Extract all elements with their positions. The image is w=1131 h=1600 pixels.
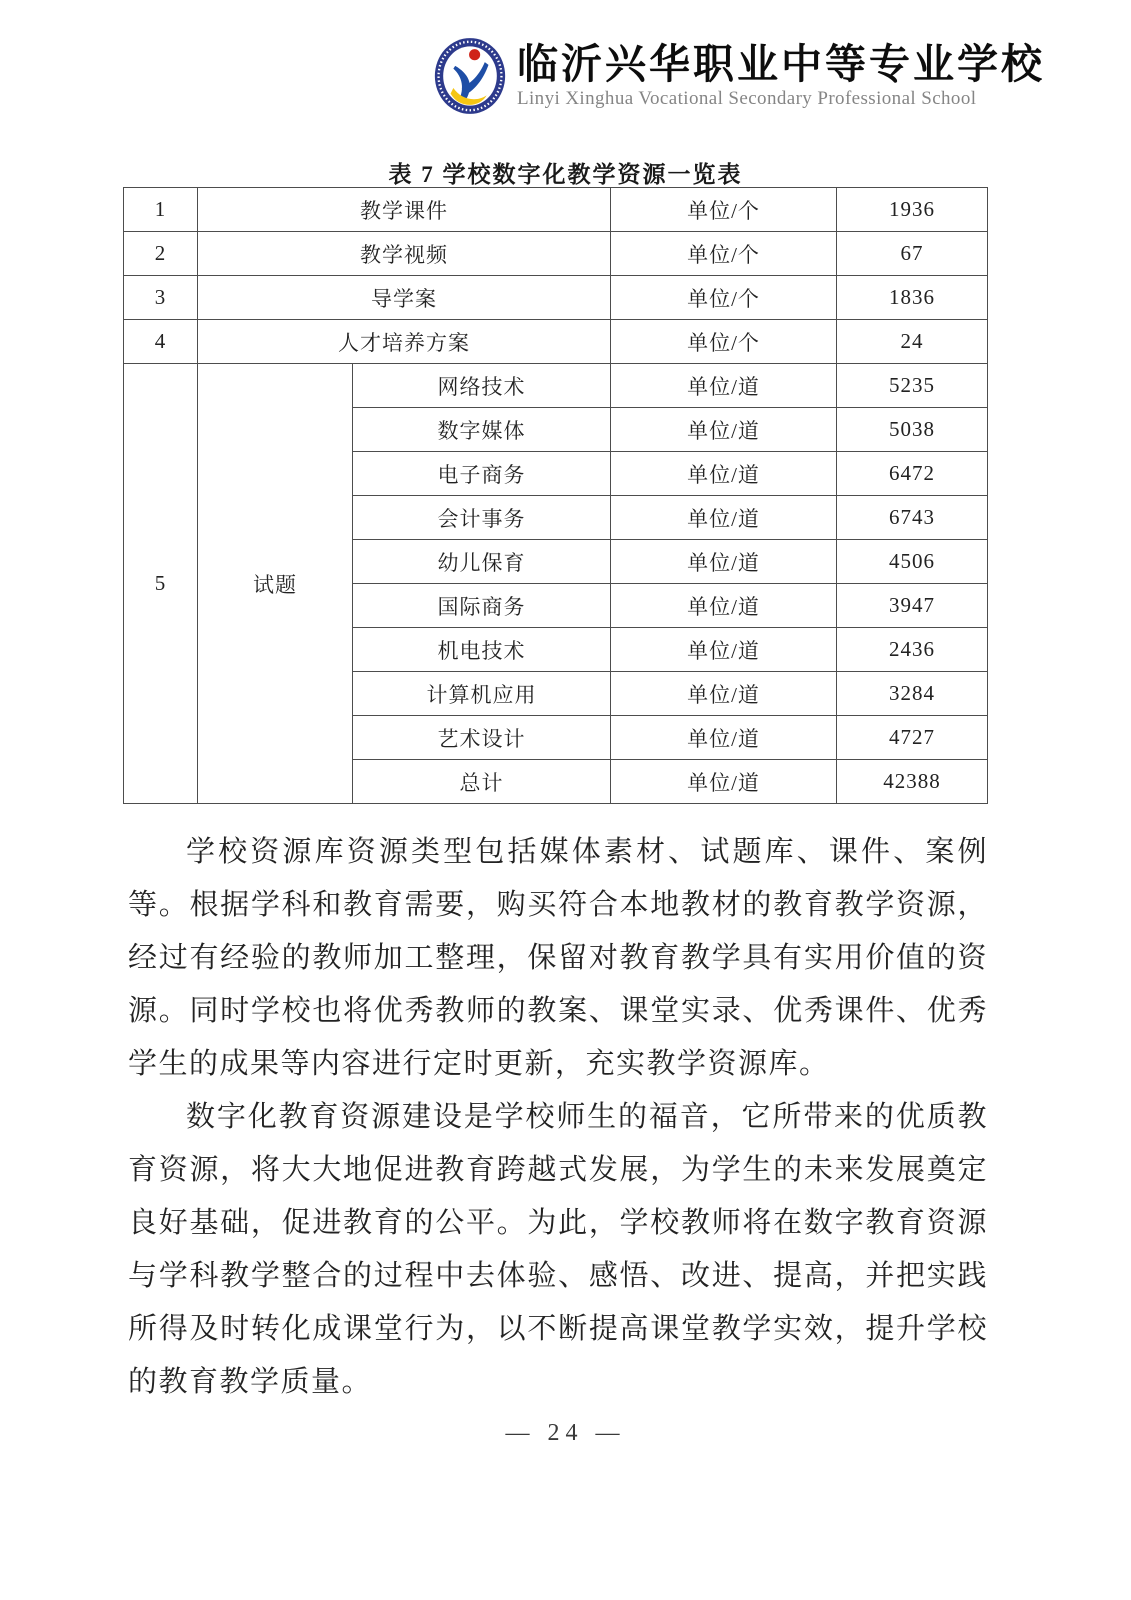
row-unit: 单位/道 [611,408,837,452]
row-value: 4727 [837,716,988,760]
row-name: 幼儿保育 [353,540,611,584]
page-number: — 24 — [0,1420,1131,1447]
group-name: 试题 [198,364,353,804]
row-no: 2 [124,232,198,276]
row-value: 3284 [837,672,988,716]
table-row: 5 试题 网络技术 单位/道 5235 [124,364,988,408]
resources-table: 1 教学课件 单位/个 1936 2 教学视频 单位/个 67 3 导学案 单位… [123,187,988,804]
row-name: 艺术设计 [353,716,611,760]
row-unit: 单位/道 [611,716,837,760]
row-name: 计算机应用 [353,672,611,716]
row-name: 教学视频 [198,232,611,276]
row-name: 总计 [353,760,611,804]
row-value: 6743 [837,496,988,540]
row-unit: 单位/个 [611,276,837,320]
body-text: 学校资源库资源类型包括媒体素材、试题库、课件、案例等。根据学科和教育需要，购买符… [128,826,988,1409]
row-name: 人才培养方案 [198,320,611,364]
row-value: 5038 [837,408,988,452]
row-unit: 单位/道 [611,584,837,628]
table-row: 3 导学案 单位/个 1836 [124,276,988,320]
row-name: 导学案 [198,276,611,320]
row-value: 3947 [837,584,988,628]
group-no: 5 [124,364,198,804]
table-row: 1 教学课件 单位/个 1936 [124,188,988,232]
row-no: 1 [124,188,198,232]
row-name: 网络技术 [353,364,611,408]
row-unit: 单位/道 [611,540,837,584]
row-unit: 单位/个 [611,188,837,232]
row-unit: 单位/个 [611,320,837,364]
table-row: 2 教学视频 单位/个 67 [124,232,988,276]
row-value: 42388 [837,760,988,804]
school-name-zh: 临沂兴华职业中等专业学校 [517,42,1045,87]
row-unit: 单位/个 [611,232,837,276]
page-header: 临沂兴华职业中等专业学校 Linyi Xinghua Vocational Se… [0,36,1045,116]
row-value: 5235 [837,364,988,408]
table-title: 表 7 学校数字化教学资源一览表 [0,156,1131,189]
row-value: 4506 [837,540,988,584]
school-logo-icon [433,36,507,116]
row-name: 电子商务 [353,452,611,496]
row-value: 67 [837,232,988,276]
row-name: 教学课件 [198,188,611,232]
row-unit: 单位/道 [611,496,837,540]
row-value: 24 [837,320,988,364]
paragraph-1: 学校资源库资源类型包括媒体素材、试题库、课件、案例等。根据学科和教育需要，购买符… [128,826,988,1091]
row-no: 4 [124,320,198,364]
table-row: 4 人才培养方案 单位/个 24 [124,320,988,364]
row-value: 6472 [837,452,988,496]
row-value: 2436 [837,628,988,672]
row-name: 国际商务 [353,584,611,628]
row-no: 3 [124,276,198,320]
row-unit: 单位/道 [611,760,837,804]
row-value: 1936 [837,188,988,232]
document-page: 临沂兴华职业中等专业学校 Linyi Xinghua Vocational Se… [0,0,1131,1600]
row-unit: 单位/道 [611,364,837,408]
row-value: 1836 [837,276,988,320]
school-name-en: Linyi Xinghua Vocational Secondary Profe… [517,88,1045,110]
row-unit: 单位/道 [611,628,837,672]
paragraph-2: 数字化教育资源建设是学校师生的福音，它所带来的优质教育资源，将大大地促进教育跨越… [128,1091,988,1409]
school-name-block: 临沂兴华职业中等专业学校 Linyi Xinghua Vocational Se… [517,42,1045,110]
row-name: 会计事务 [353,496,611,540]
row-name: 机电技术 [353,628,611,672]
row-unit: 单位/道 [611,452,837,496]
row-unit: 单位/道 [611,672,837,716]
row-name: 数字媒体 [353,408,611,452]
